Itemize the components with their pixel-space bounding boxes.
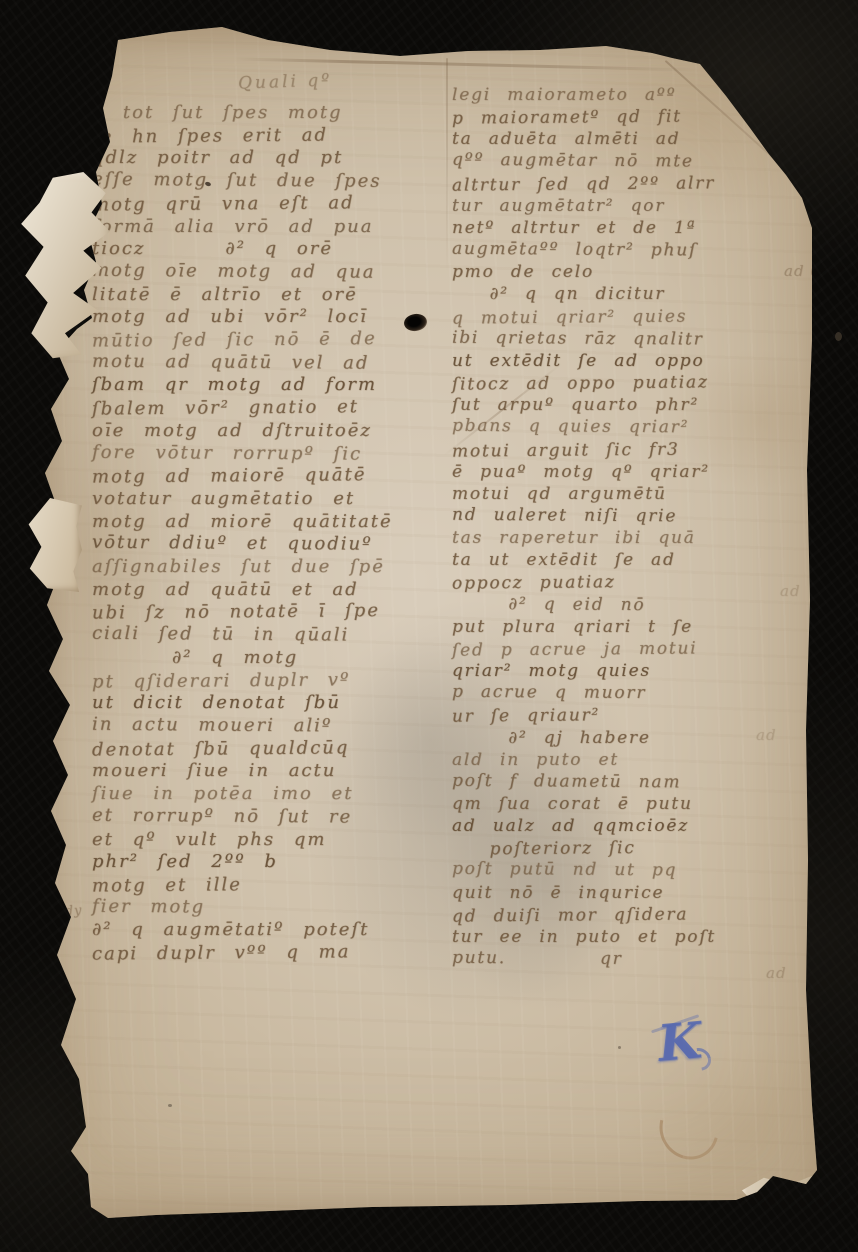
manuscript-line: pt qſiderari duplr vº [92,668,448,694]
manuscript-line: ad ualz ad qqmcioēz [452,815,814,837]
manuscript-line: ∂² q motg [92,647,448,670]
manuscript-line: pbans q quies qriar² [452,415,814,440]
manuscript-line: putu. qr [452,947,814,972]
manuscript-line: tas raperetur ibi quā [452,527,814,549]
manuscript-line: motg ad miorē quātitatē [92,511,448,534]
manuscript-line: ſed p acrue ja motui [452,636,814,661]
manuscript-line: ut dicit denotat ſbū [92,692,448,715]
manuscript-leaf: Quali qº v tot ſut ſpes motgſe hn ſpes e… [0,0,858,1252]
text-column-right: legi maiorameto aººp maiorametº qd fitta… [452,84,814,970]
manuscript-line: motg oīe motg ad qua [92,260,448,285]
manuscript-line: in actu moueri aliº [92,714,448,739]
manuscript-line: fier motg [92,895,448,920]
manuscript-line: ∂² q qn dicitur [452,283,814,305]
marginal-note-right-mid: ad [780,582,801,600]
manuscript-line: motg et ille [92,872,448,898]
manuscript-line: et qº vult phs qm [92,829,448,852]
manuscript-line: ur ſe qriaur² [452,703,814,728]
manuscript-line: ubi ſz nō notatē ī ſpe [92,600,448,626]
manuscript-line: ſbalem vōr² gnatio et [92,396,448,422]
manuscript-line: votatur augmētatio et [92,488,448,511]
manuscript-line: tiocz ∂² q orē [92,238,448,261]
manuscript-line: poſt putū nd ut pq [452,858,814,883]
manuscript-line: qd duiſi mor qſidera [452,902,814,927]
manuscript-line: ē puaº motg qº qriar² [452,461,814,483]
manuscript-line: motui arguit ſic fr3 [452,437,814,462]
manuscript-line: ta aduēta almēti ad [452,128,814,150]
blue-monogram-stamp: K [645,1009,715,1080]
manuscript-line: et rorrupº nō ſut re [92,805,448,830]
manuscript-line: ſe hn ſpes erit ad [92,123,448,149]
manuscript-line: legi maiorameto aºº [452,84,814,106]
manuscript-line: netº altrtur et de 1ª [452,217,814,239]
manuscript-line: pmo de celo [452,261,814,283]
manuscript-line: poſt f duametū nam [452,770,814,795]
manuscript-line: phr² ſed 2ºº b [92,851,448,874]
manuscript-line: motg ad quātū et ad [92,579,448,602]
top-crease [232,57,700,71]
manuscript-line: denotat ſbū qualdcūq [92,736,448,762]
marginal-note-right-bottom: ad [766,964,787,982]
manuscript-line: mūtio ſed ſic nō ē de [92,327,448,353]
manuscript-line: capi duplr vºº q ma [92,940,448,966]
marginal-note-left: ady [56,903,83,920]
manuscript-line: qdlz poitr ad qd pt [92,147,448,170]
manuscript-line: v tot ſut ſpes motg [92,102,448,125]
manuscript-line: ſitocz ad oppo puatiaz [452,370,814,395]
manuscript-line: ibi qrietas rāz qnalitr [452,326,814,351]
manuscript-line: aſſignabiles ſut due ſpē [92,556,448,579]
marginal-note-right-upper: ad 6 [784,262,821,280]
manuscript-line: ſbam qr motg ad form [92,374,448,397]
manuscript-line: eſſe motg ſut due ſpes [92,169,448,194]
manuscript-line: augmētaºº loqtr² phuſ [452,238,814,263]
dog-ear-fold [742,1166,820,1208]
manuscript-line: nd ualeret niſi qrie [452,504,814,529]
manuscript-line: ∂² q augmētatiº poteſt [92,919,448,942]
manuscript-line: oppocz puatiaz [452,570,814,595]
manuscript-line: ut extēdit ſe ad oppo [452,350,814,372]
ink-speck [618,1046,621,1049]
manuscript-line: motui qd argumētū [452,483,814,505]
manuscript-line: tur ee in puto et poſt [452,926,814,948]
manuscript-line: altrtur ſed qd 2ºº alrr [452,171,814,196]
manuscript-line: put plura qriari t ſe [452,616,814,638]
photograph-scene: Quali qº v tot ſut ſpes motgſe hn ſpes e… [0,0,858,1252]
running-header: Quali qº [238,70,333,93]
manuscript-line: p maiorametº qd fit [452,105,814,130]
manuscript-line: litatē ē altrīo et orē [92,284,448,307]
manuscript-line: fore vōtur rorrupº ſic [92,441,448,466]
manuscript-line: motg qrū vna eſt ad [92,191,448,217]
manuscript-line: moueri ſiue in actu [92,760,448,783]
ring-stain [648,1088,729,1171]
manuscript-line: formā alia vrō ad pua [92,216,448,239]
marginal-note-right-lower: ad [756,726,777,744]
manuscript-line: motg ad ubi vōr² locī [92,306,448,329]
manuscript-line: quit nō ē inqurice [452,882,814,904]
manuscript-line: ſut arpuº quarto phr² [452,394,814,416]
manuscript-line: motg ad maiorē quātē [92,464,448,490]
manuscript-line: qm ſua corat ē putu [452,793,814,815]
manuscript-line: ta ut extēdit ſe ad [452,549,814,571]
ink-speck [168,1104,172,1107]
manuscript-line: ciali ſed tū in qūali [92,623,448,648]
manuscript-line: qºº augmētar nō mte [452,149,814,174]
manuscript-line: q motui qriar² quies [452,304,814,329]
manuscript-line: vōtur ddiuº et quodiuº [92,532,448,557]
text-column-left: v tot ſut ſpes motgſe hn ſpes erit adqdl… [92,102,448,965]
background-speck [835,332,842,341]
manuscript-line: tur augmētatr² qor [452,195,814,217]
manuscript-line: qriar² motg quies [452,660,814,682]
manuscript-line: ∂² q eid nō [452,592,814,617]
manuscript-line: oīe motg ad dſtruitoēz [92,420,448,443]
manuscript-line: ſiue in potēa imo et [92,783,448,806]
torn-tab-mid [24,498,82,592]
manuscript-line: motu ad quātū vel ad [92,350,448,375]
manuscript-line: ald in puto et [452,749,814,771]
